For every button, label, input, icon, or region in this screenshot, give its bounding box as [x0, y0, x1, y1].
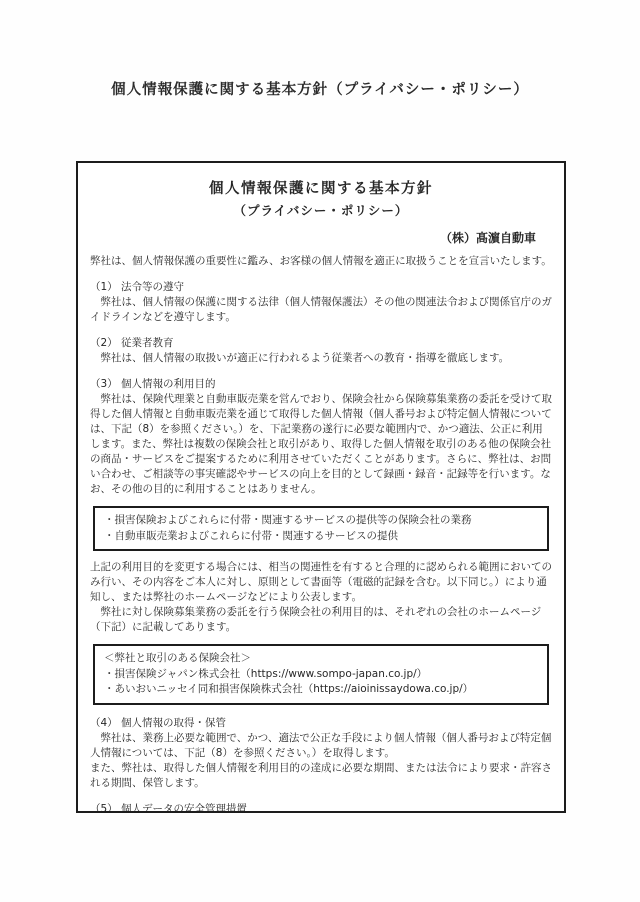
purpose-list-box: ・損害保険およびこれらに付帯・関連するサービスの提供等の保険会社の業務 ・自動車…: [93, 506, 549, 551]
section-4-body-2: また、弊社は、取得した個人情報を利用目的の達成に必要な期間、または法令により要求…: [90, 761, 552, 791]
section-4-heading: （4） 個人情報の取得・保管: [90, 716, 552, 731]
section-1-heading: （1） 法令等の遵守: [90, 280, 552, 295]
insurer-item-2: ・あいおいニッセイ同和損害保険株式会社（https://aioinissaydo…: [104, 682, 538, 698]
purpose-item-2: ・自動車販売業およびこれらに付帯・関連するサービスの提供: [104, 529, 538, 545]
section-4-acquisition-storage: （4） 個人情報の取得・保管 弊社は、業務上必要な範囲で、かつ、適法で公正な手段…: [90, 716, 552, 791]
section-1-legal-compliance: （1） 法令等の遵守 弊社は、個人情報の保護に関する法律（個人情報保護法）その他…: [90, 280, 552, 325]
insurer-list-box: ＜弊社と取引のある保険会社＞ ・損害保険ジャパン株式会社（https://www…: [93, 644, 549, 705]
intro-paragraph: 弊社は、個人情報保護の重要性に鑑み、お客様の個人情報を適正に取扱うことを宣言いた…: [90, 254, 552, 269]
section-3-purpose-of-use: （3） 個人情報の利用目的 弊社は、保険代理業と自動車販売業を営んでおり、保険会…: [90, 377, 552, 705]
scanned-document-page: 個人情報保護に関する基本方針（プライバシー・ポリシー） 個人情報保護に関する基本…: [0, 0, 640, 902]
policy-document-frame: 個人情報保護に関する基本方針 （プライバシー・ポリシー） （株）髙濵自動車 弊社…: [76, 161, 566, 813]
insurer-item-1: ・損害保険ジャパン株式会社（https://www.sompo-japan.co…: [104, 667, 538, 683]
document-subheading: （プライバシー・ポリシー）: [90, 201, 552, 219]
section-3-heading: （3） 個人情報の利用目的: [90, 377, 552, 392]
section-3-after-box-paragraph-1: 上記の利用目的を変更する場合には、相当の関連性を有すると合理的に認められる範囲に…: [90, 560, 552, 605]
section-3-after-box-paragraph-2: 弊社に対し保険募集業務の委託を行う保険会社の利用目的は、それぞれの会社のホームペ…: [90, 605, 552, 635]
section-4-body: 弊社は、業務上必要な範囲で、かつ、適法で公正な手段により個人情報（個人番号および…: [90, 731, 552, 761]
section-1-body: 弊社は、個人情報の保護に関する法律（個人情報保護法）その他の関連法令および関係官…: [90, 295, 552, 325]
section-5-security-management: （5） 個人データの安全管理措置 弊社は、取扱う個人データ（下記（8）の個人番号…: [90, 802, 552, 814]
section-2-body: 弊社は、個人情報の取扱いが適正に行われるよう従業者への教育・指導を徹底します。: [90, 351, 552, 366]
page-title: 個人情報保護に関する基本方針（プライバシー・ポリシー）: [0, 78, 640, 99]
insurer-box-label: ＜弊社と取引のある保険会社＞: [104, 651, 538, 667]
section-2-heading: （2） 従業者教育: [90, 336, 552, 351]
section-5-heading: （5） 個人データの安全管理措置: [90, 802, 552, 814]
section-3-body: 弊社は、保険代理業と自動車販売業を営んでおり、保険会社から保険募集業務の委託を受…: [90, 392, 552, 497]
section-2-employee-education: （2） 従業者教育 弊社は、個人情報の取扱いが適正に行われるよう従業者への教育・…: [90, 336, 552, 366]
document-heading: 個人情報保護に関する基本方針: [90, 177, 552, 198]
company-name: （株）髙濵自動車: [90, 229, 536, 246]
purpose-item-1: ・損害保険およびこれらに付帯・関連するサービスの提供等の保険会社の業務: [104, 513, 538, 529]
